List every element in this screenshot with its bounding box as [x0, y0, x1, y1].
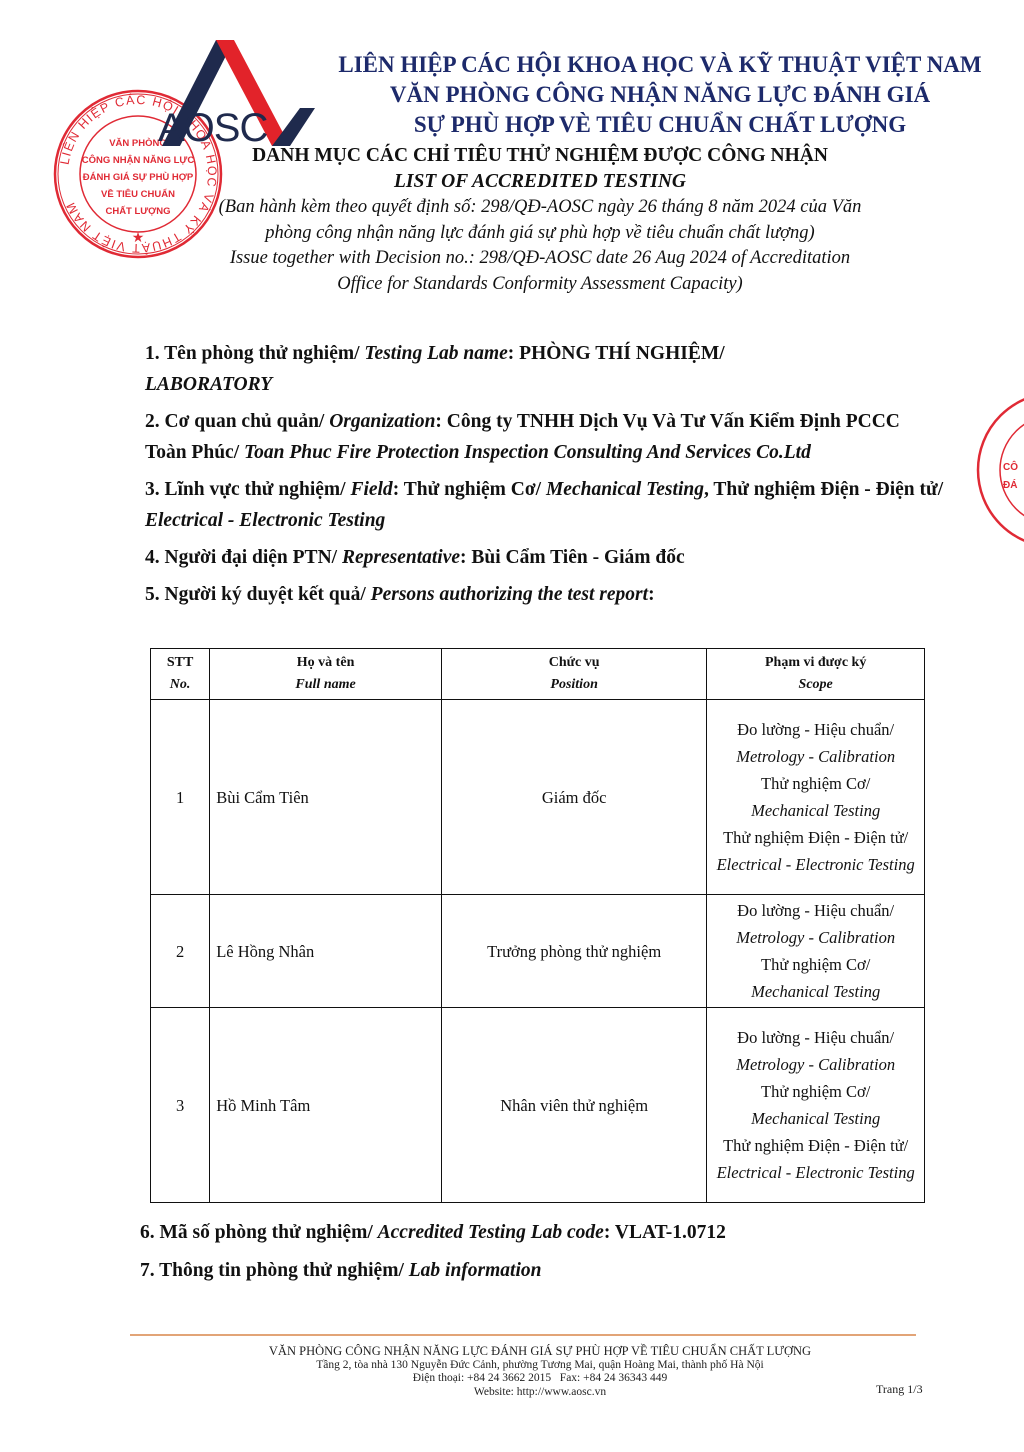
scope-en: Mechanical Testing — [713, 797, 918, 824]
scope-vi: Thử nghiệm Cơ/ — [713, 770, 918, 797]
col-header-no: STTNo. — [151, 649, 210, 700]
subtitle-line: Issue together with Decision no.: 298/QĐ… — [150, 246, 930, 272]
partial-seal-stamp: CÔ ĐÁ — [975, 390, 1024, 550]
col-header-position: Chức vụPosition — [441, 649, 706, 700]
scope-vi: Đo lường - Hiệu chuẩn/ — [713, 716, 918, 743]
table-header-row: STTNo. Họ và tênFull name Chức vụPositio… — [151, 649, 925, 700]
footer-address: Tầng 2, tòa nhà 130 Nguyễn Đức Cảnh, phư… — [230, 1359, 850, 1373]
scope-en: Electrical - Electronic Testing — [713, 1159, 918, 1186]
item-lab-information: 7. Thông tin phòng thử nghiệm/ Lab infor… — [140, 1252, 940, 1290]
svg-text:CÔ: CÔ — [1003, 460, 1018, 473]
scope-en: Electrical - Electronic Testing — [713, 851, 918, 878]
scope-vi: Đo lường - Hiệu chuẩn/ — [713, 897, 918, 924]
footer-website: Website: http://www.aosc.vn — [230, 1386, 850, 1400]
item-organization: 2. Cơ quan chủ quản/ Organization: Công … — [145, 406, 945, 468]
page-number: Trang 1/3 — [876, 1382, 923, 1397]
cell-position: Giám đốc — [441, 700, 706, 895]
cell-name: Hồ Minh Tâm — [210, 1008, 442, 1203]
cell-position: Trưởng phòng thử nghiệm — [441, 895, 706, 1008]
item-lab-name: 1. Tên phòng thử nghiệm/ Testing Lab nam… — [145, 338, 945, 400]
scope-en: Mechanical Testing — [713, 1105, 918, 1132]
authorized-signers-table: STTNo. Họ và tênFull name Chức vụPositio… — [150, 648, 925, 1203]
scope-vi: Thử nghiệm Điện - Điện tử/ — [713, 1132, 918, 1159]
org-line: LIÊN HIỆP CÁC HỘI KHOA HỌC VÀ KỸ THUẬT V… — [330, 50, 990, 80]
cell-scope: Đo lường - Hiệu chuẩn/Metrology - Calibr… — [707, 700, 925, 895]
scope-vi: Đo lường - Hiệu chuẩn/ — [713, 1024, 918, 1051]
subtitle-line: phòng công nhận năng lực đánh giá sự phù… — [150, 221, 930, 247]
scope-vi: Thử nghiệm Cơ/ — [713, 951, 918, 978]
cell-position: Nhân viên thử nghiệm — [441, 1008, 706, 1203]
title-english: LIST OF ACCREDITED TESTING — [150, 169, 930, 195]
logo-wordmark: AOSC — [158, 108, 267, 148]
footer-org: VĂN PHÒNG CÔNG NHẬN NĂNG LỰC ĐÁNH GIÁ SỰ… — [230, 1345, 850, 1359]
scope-en: Mechanical Testing — [713, 978, 918, 1005]
col-header-scope: Phạm vi được kýScope — [707, 649, 925, 700]
scope-en: Metrology - Calibration — [713, 743, 918, 770]
organization-header: LIÊN HIỆP CÁC HỘI KHOA HỌC VÀ KỸ THUẬT V… — [330, 50, 990, 140]
cell-no: 3 — [151, 1008, 210, 1203]
scope-vi: Thử nghiệm Cơ/ — [713, 1078, 918, 1105]
cell-scope: Đo lường - Hiệu chuẩn/Metrology - Calibr… — [707, 1008, 925, 1203]
item-lab-code: 6. Mã số phòng thử nghiệm/ Accredited Te… — [140, 1214, 940, 1252]
subtitle-line: Office for Standards Conformity Assessme… — [150, 272, 930, 298]
lab-info-list-continued: 6. Mã số phòng thử nghiệm/ Accredited Te… — [140, 1214, 940, 1290]
page-footer: VĂN PHÒNG CÔNG NHẬN NĂNG LỰC ĐÁNH GIÁ SỰ… — [230, 1345, 850, 1399]
footer-divider — [130, 1334, 916, 1336]
subtitle-line: (Ban hành kèm theo quyết định số: 298/QĐ… — [150, 195, 930, 221]
cell-name: Bùi Cẩm Tiên — [210, 700, 442, 895]
title-vietnamese: DANH MỤC CÁC CHỈ TIÊU THỬ NGHIỆM ĐƯỢC CÔ… — [150, 143, 930, 169]
footer-phone: Điện thoại: +84 24 3662 2015 Fax: +84 24… — [230, 1372, 850, 1386]
item-authorizing-persons: 5. Người ký duyệt kết quả/ Persons autho… — [145, 579, 945, 610]
table-row: 1Bùi Cẩm TiênGiám đốcĐo lường - Hiệu chu… — [151, 700, 925, 895]
cell-no: 1 — [151, 700, 210, 895]
col-header-name: Họ và tênFull name — [210, 649, 442, 700]
item-representative: 4. Người đại diện PTN/ Representative: B… — [145, 542, 945, 573]
lab-info-list: 1. Tên phòng thử nghiệm/ Testing Lab nam… — [145, 338, 945, 616]
svg-text:ĐÁ: ĐÁ — [1003, 478, 1017, 491]
table-row: 3Hồ Minh TâmNhân viên thử nghiệmĐo lường… — [151, 1008, 925, 1203]
aosc-logo: AOSC — [150, 36, 320, 146]
svg-text:★: ★ — [132, 231, 145, 246]
item-field: 3. Lĩnh vực thử nghiệm/ Field: Thử nghiệ… — [145, 474, 945, 536]
cell-no: 2 — [151, 895, 210, 1008]
scope-vi: Thử nghiệm Điện - Điện tử/ — [713, 824, 918, 851]
org-line: VĂN PHÒNG CÔNG NHẬN NĂNG LỰC ĐÁNH GIÁ — [330, 80, 990, 110]
cell-name: Lê Hồng Nhân — [210, 895, 442, 1008]
document-title-block: DANH MỤC CÁC CHỈ TIÊU THỬ NGHIỆM ĐƯỢC CÔ… — [150, 143, 930, 297]
table-row: 2Lê Hồng NhânTrưởng phòng thử nghiệmĐo l… — [151, 895, 925, 1008]
scope-en: Metrology - Calibration — [713, 1051, 918, 1078]
cell-scope: Đo lường - Hiệu chuẩn/Metrology - Calibr… — [707, 895, 925, 1008]
org-line: SỰ PHÙ HỢP VÈ TIÊU CHUẨN CHẤT LƯỢNG — [330, 110, 990, 140]
scope-en: Metrology - Calibration — [713, 924, 918, 951]
